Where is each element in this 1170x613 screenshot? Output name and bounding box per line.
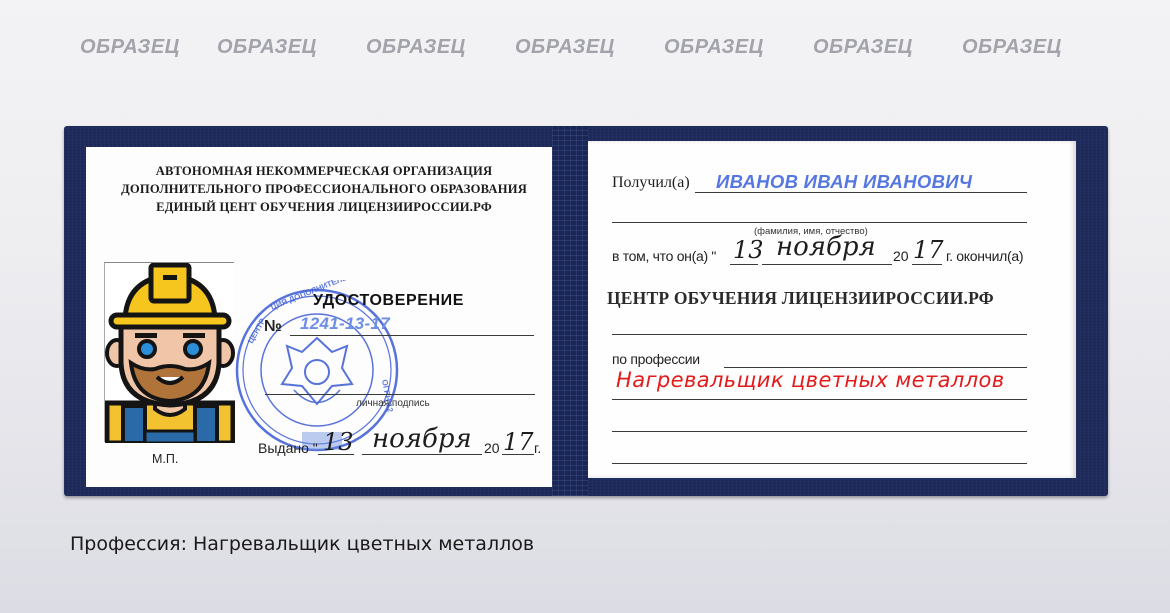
profession-label: по профессии [612, 351, 700, 367]
name-underline [695, 192, 1027, 193]
stamp-place-label: М.П. [152, 452, 178, 466]
issued-day-underline [318, 454, 354, 455]
that-label: в том, что он(а) " [612, 248, 716, 264]
watermark-text: ОБРАЗЕЦ [80, 36, 180, 59]
recipient-name: ИВАНОВ ИВАН ИВАНОВИЧ [716, 171, 972, 193]
issued-day: 13 [323, 428, 354, 456]
certificate-title: УДОСТОВЕРЕНИЕ [313, 292, 464, 310]
profession-value: Нагревальщик цветных металлов [616, 368, 1005, 392]
organization-line: АВТОНОМНАЯ НЕКОММЕРЧЕСКАЯ ОРГАНИЗАЦИЯ [104, 162, 544, 180]
watermark-text: ОБРАЗЕЦ [813, 36, 913, 59]
completed-day-underline [730, 264, 758, 265]
signature-line [265, 394, 535, 395]
number-label: № [264, 318, 282, 336]
profession-line-3 [612, 431, 1027, 432]
issued-year-prefix: 20 [484, 440, 500, 456]
worker-avatar-icon [105, 263, 235, 443]
completed-year-prefix: 20 [893, 248, 909, 264]
profession-caption: Профессия: Нагревальщик цветных металлов [70, 533, 534, 555]
received-label: Получил(а) [612, 174, 690, 192]
issued-year-suffix: 17 [503, 428, 534, 456]
finished-label: г. окончил(а) [946, 248, 1023, 264]
issued-month-underline [362, 454, 482, 455]
completed-day: 13 [733, 236, 764, 264]
watermark-text: ОБРАЗЕЦ [217, 36, 317, 59]
watermark-text: ОБРАЗЕЦ [366, 36, 466, 59]
watermark-text: ОБРАЗЕЦ [962, 36, 1062, 59]
completed-month-underline [762, 264, 892, 265]
profession-line-2 [612, 399, 1027, 400]
organization-title: АВТОНОМНАЯ НЕКОММЕРЧЕСКАЯ ОРГАНИЗАЦИЯ ДО… [104, 162, 544, 216]
issued-label: Выдано " [258, 440, 318, 456]
issued-year-underline [502, 454, 534, 455]
completed-year-underline [912, 264, 942, 265]
number-underline [290, 335, 534, 336]
name-second-line [612, 222, 1027, 223]
profession-line-4 [612, 463, 1027, 464]
watermark-row: ОБРАЗЕЦ ОБРАЗЕЦ ОБРАЗЕЦ ОБРАЗЕЦ ОБРАЗЕЦ … [0, 36, 1170, 62]
certificate-number: 1241-13-17 [300, 314, 390, 334]
completed-month: ноября [776, 232, 876, 262]
signature-caption: личная подпись [356, 398, 430, 409]
watermark-text: ОБРАЗЕЦ [515, 36, 615, 59]
organization-line: ЕДИНЫЙ ЦЕНТ ОБУЧЕНИЯ ЛИЦЕНЗИИРОССИИ.РФ [104, 198, 544, 216]
center-underline [612, 334, 1027, 335]
issued-month: ноября [372, 424, 472, 454]
training-center-name: ЦЕНТР ОБУЧЕНИЯ ЛИЦЕНЗИИРОССИИ.РФ [607, 288, 994, 309]
holder-photo [104, 262, 234, 442]
watermark-text: ОБРАЗЕЦ [664, 36, 764, 59]
certificate-spine [552, 126, 588, 496]
completed-year-suffix: 17 [913, 236, 944, 264]
organization-line: ДОПОЛНИТЕЛЬНОГО ПРОФЕССИОНАЛЬНОГО ОБРАЗО… [104, 180, 544, 198]
issued-year-suffix-label: г. [534, 440, 541, 456]
